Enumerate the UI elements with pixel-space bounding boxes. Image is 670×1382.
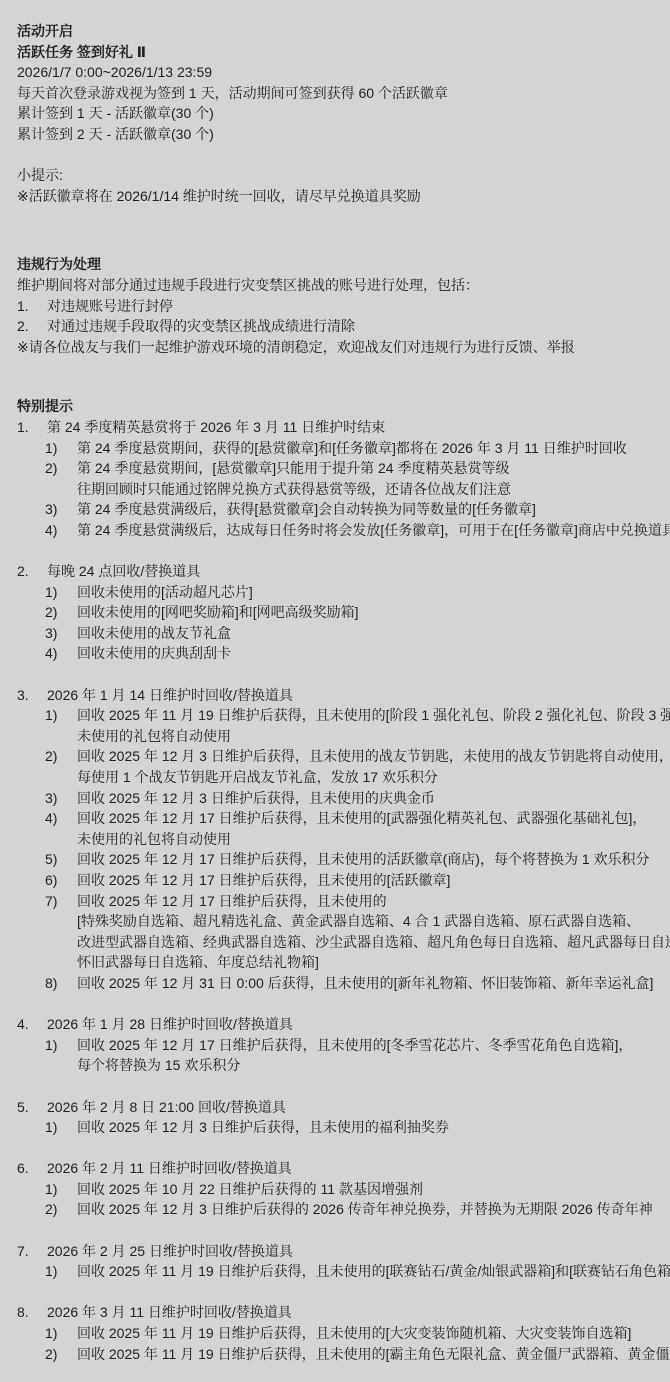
list-marker: 4): [45, 808, 77, 829]
activity-period: 2026/1/7 0:00~2026/1/13 23:59: [17, 62, 660, 83]
list-item-text: 回收 2025 年 12 月 17 日维护后获得，且未使用的[冬季雪花芯片、冬季…: [77, 1035, 632, 1056]
list-item: 4)回收未使用的庆典刮刮卡: [45, 643, 660, 664]
list-item-text: 回收未使用的庆典刮刮卡: [77, 643, 231, 664]
list-item-text: 回收 2025 年 11 月 19 日维护后获得，且未使用的[霸主角色无限礼盒、…: [77, 1344, 670, 1365]
list-item-text: 回收 2025 年 12 月 3 日维护后获得，且未使用的庆典金币: [77, 788, 435, 809]
violation-title: 违规行为处理: [17, 254, 660, 275]
blank-line: [17, 540, 660, 561]
list-item-text: 第 24 季度悬赏期间，[悬赏徽章]只能用于提升第 24 季度精英悬赏等级: [77, 458, 509, 479]
list-marker: 8.: [17, 1302, 47, 1323]
violation-intro: 维护期间将对部分通过违规手段进行灾变禁区挑战的账号进行处理，包括：: [17, 275, 660, 296]
list-item-text: 未使用的礼包将自动使用: [77, 829, 231, 850]
list-marker: 5.: [17, 1097, 47, 1118]
list-item: 2)回收未使用的[网吧奖励箱]和[网吧高级奖励箱]: [45, 602, 660, 623]
list-marker: 3): [45, 788, 77, 809]
blank-line: [17, 1282, 660, 1303]
blank-line: [17, 994, 660, 1015]
violation-note: ※请各位战友与我们一起维护游戏环境的清朗稳定，欢迎战友们对违规行为进行反馈、举报: [17, 337, 660, 358]
section-gap: [17, 357, 660, 396]
list-item: 2)回收 2025 年 12 月 3 日维护后获得的 2026 传奇年神兑换券，…: [45, 1199, 660, 1220]
list-item: 3)第 24 季度悬赏满级后，获得[悬赏徽章]会自动转换为同等数量的[任务徽章]: [45, 499, 660, 520]
list-item-text: 每晚 24 点回收/替换道具: [47, 561, 200, 582]
list-marker: 4): [45, 520, 77, 541]
special-section-heading: 5.2026 年 2 月 8 日 21:00 回收/替换道具: [17, 1097, 660, 1118]
list-marker: 1): [45, 582, 77, 603]
list-marker: 3): [45, 623, 77, 644]
list-item-text: 2026 年 2 月 11 日维护时回收/替换道具: [47, 1158, 292, 1179]
list-item-text: 第 24 季度精英悬赏将于 2026 年 3 月 11 日维护时结束: [47, 417, 385, 438]
tip-text: ※活跃徽章将在 2026/1/14 维护时统一回收，请尽早兑换道具奖励: [17, 186, 660, 207]
list-marker: 1): [45, 1035, 77, 1056]
list-item-continuation: 每个将替换为 15 欢乐积分: [77, 1055, 660, 1076]
special-section-heading: 2.每晚 24 点回收/替换道具: [17, 561, 660, 582]
reward-line: 累计签到 2 天 - 活跃徽章(30 个): [17, 124, 660, 145]
section-gap: [17, 206, 660, 254]
violation-list-item: 1.对违规账号进行封停: [17, 296, 660, 317]
reward-line: 累计签到 1 天 - 活跃徽章(30 个): [17, 103, 660, 124]
list-item-text: 回收 2025 年 12 月 17 日维护后获得，且未使用的[活跃徽章]: [77, 870, 450, 891]
list-item-text: 回收 2025 年 12 月 31 日 0:00 后获得，且未使用的[新年礼物箱…: [77, 973, 653, 994]
list-marker: 3): [45, 499, 77, 520]
list-marker: 2): [45, 602, 77, 623]
list-marker: 1.: [17, 296, 47, 317]
list-item-text: 往期回顾时只能通过铭牌兑换方式获得悬赏等级，还请各位战友们注意: [77, 479, 511, 500]
list-item: 1)回收 2025 年 11 月 19 日维护后获得，且未使用的[联赛钻石/黄金…: [45, 1261, 660, 1282]
special-section-heading: 7.2026 年 2 月 25 日维护时回收/替换道具: [17, 1241, 660, 1262]
list-item-text: 回收未使用的[网吧奖励箱]和[网吧高级奖励箱]: [77, 602, 359, 623]
list-item-text: 回收 2025 年 12 月 3 日维护后获得，且未使用的福利抽奖券: [77, 1117, 449, 1138]
list-item: 1)回收未使用的[活动超凡芯片]: [45, 582, 660, 603]
list-marker: 2.: [17, 316, 47, 337]
activity-section: 活动开启 活跃任务 签到好礼 Ⅱ 2026/1/7 0:00~2026/1/13…: [17, 21, 660, 206]
list-item-text: 回收 2025 年 12 月 17 日维护后获得，且未使用的活跃徽章(商店)，每…: [77, 849, 650, 870]
activity-title: 活动开启: [17, 21, 660, 42]
list-item-continuation: 往期回顾时只能通过铭牌兑换方式获得悬赏等级，还请各位战友们注意: [77, 479, 660, 500]
special-section-heading: 8.2026 年 3 月 11 日维护时回收/替换道具: [17, 1302, 660, 1323]
list-item-text: 回收 2025 年 11 月 19 日维护后获得，且未使用的[大灾变装饰随机箱、…: [77, 1323, 631, 1344]
special-section-heading: 6.2026 年 2 月 11 日维护时回收/替换道具: [17, 1158, 660, 1179]
list-marker: 2): [45, 1199, 77, 1220]
list-marker: 3.: [17, 685, 47, 706]
list-item-text: 2026 年 3 月 11 日维护时回收/替换道具: [47, 1302, 292, 1323]
list-marker: 1): [45, 705, 77, 726]
list-item-text: 回收 2025 年 11 月 19 日维护后获得，且未使用的[阶段 1 强化礼包…: [77, 705, 670, 726]
list-marker: 4): [45, 643, 77, 664]
list-item-text: 第 24 季度悬赏满级后，获得[悬赏徽章]会自动转换为同等数量的[任务徽章]: [77, 499, 536, 520]
list-item-text: 每使用 1 个战友节钥匙开启战友节礼盒，发放 17 欢乐积分: [77, 767, 438, 788]
blank-line: [17, 145, 660, 166]
list-marker: 6.: [17, 1158, 47, 1179]
special-title: 特别提示: [17, 396, 660, 417]
list-item-text: 回收 2025 年 12 月 17 日维护后获得，且未使用的: [77, 891, 387, 912]
list-item-text: 2026 年 2 月 25 日维护时回收/替换道具: [47, 1241, 293, 1262]
violation-items: 1.对违规账号进行封停2.对通过违规手段取得的灾变禁区挑战成绩进行清除: [17, 296, 660, 337]
list-item: 1)第 24 季度悬赏期间，获得的[悬赏徽章]和[任务徽章]都将在 2026 年…: [45, 438, 660, 459]
list-item: 1)回收 2025 年 12 月 17 日维护后获得，且未使用的[冬季雪花芯片、…: [45, 1035, 660, 1056]
list-marker: 2): [45, 1344, 77, 1365]
list-item-text: 回收未使用的[活动超凡芯片]: [77, 582, 253, 603]
list-marker: 1.: [17, 417, 47, 438]
list-item: 6)回收 2025 年 12 月 17 日维护后获得，且未使用的[活跃徽章]: [45, 870, 660, 891]
list-item: 8)回收 2025 年 12 月 31 日 0:00 后获得，且未使用的[新年礼…: [45, 973, 660, 994]
list-item-continuation: 怀旧武器每日自选箱、年度总结礼物箱]: [77, 952, 660, 973]
list-item-text: 对违规账号进行封停: [47, 296, 173, 317]
list-item-text: 改进型武器自选箱、经典武器自选箱、沙尘武器自选箱、超凡角色每日自选箱、超凡武器每…: [77, 932, 670, 953]
special-section-heading: 3.2026 年 1 月 14 日维护时回收/替换道具: [17, 685, 660, 706]
list-item: 3)回收未使用的战友节礼盒: [45, 623, 660, 644]
list-marker: 2.: [17, 561, 47, 582]
special-section: 特别提示 1.第 24 季度精英悬赏将于 2026 年 3 月 11 日维护时结…: [17, 396, 660, 1364]
list-item-text: 2026 年 1 月 28 日维护时回收/替换道具: [47, 1014, 293, 1035]
activity-desc: 每天首次登录游戏视为签到 1 天，活动期间可签到获得 60 个活跃徽章: [17, 83, 660, 104]
list-item: 2)回收 2025 年 12 月 3 日维护后获得，且未使用的战友节钥匙，未使用…: [45, 746, 660, 767]
violation-list-item: 2.对通过违规手段取得的灾变禁区挑战成绩进行清除: [17, 316, 660, 337]
special-section-heading: 4.2026 年 1 月 28 日维护时回收/替换道具: [17, 1014, 660, 1035]
activity-subtitle: 活跃任务 签到好礼 Ⅱ: [17, 42, 660, 63]
special-sections: 1.第 24 季度精英悬赏将于 2026 年 3 月 11 日维护时结束1)第 …: [17, 417, 660, 1364]
list-item: 2)回收 2025 年 11 月 19 日维护后获得，且未使用的[霸主角色无限礼…: [45, 1344, 660, 1365]
list-marker: 1): [45, 438, 77, 459]
list-item-text: 怀旧武器每日自选箱、年度总结礼物箱]: [77, 952, 319, 973]
list-item-text: 第 24 季度悬赏满级后，达成每日任务时将会发放[任务徽章]，可用于在[任务徽章…: [77, 520, 670, 541]
list-item-text: 第 24 季度悬赏期间，获得的[悬赏徽章]和[任务徽章]都将在 2026 年 3…: [77, 438, 627, 459]
list-item-text: 回收 2025 年 11 月 19 日维护后获得，且未使用的[联赛钻石/黄金/灿…: [77, 1261, 670, 1282]
special-section-heading: 1.第 24 季度精英悬赏将于 2026 年 3 月 11 日维护时结束: [17, 417, 660, 438]
activity-rewards: 累计签到 1 天 - 活跃徽章(30 个)累计签到 2 天 - 活跃徽章(30 …: [17, 103, 660, 144]
list-marker: 2): [45, 746, 77, 767]
list-item-continuation: 未使用的礼包将自动使用: [77, 726, 660, 747]
list-marker: 2): [45, 458, 77, 479]
blank-line: [17, 1138, 660, 1159]
list-item-continuation: 每使用 1 个战友节钥匙开启战友节礼盒，发放 17 欢乐积分: [77, 767, 660, 788]
list-item-text: [特殊奖励自选箱、超凡精选礼盒、黄金武器自选箱、4 合 1 武器自选箱、原石武器…: [77, 911, 640, 932]
list-marker: 1): [45, 1261, 77, 1282]
list-marker: 1): [45, 1323, 77, 1344]
list-item-text: 未使用的礼包将自动使用: [77, 726, 231, 747]
list-item: 4)第 24 季度悬赏满级后，达成每日任务时将会发放[任务徽章]，可用于在[任务…: [45, 520, 660, 541]
violation-section: 违规行为处理 维护期间将对部分通过违规手段进行灾变禁区挑战的账号进行处理，包括：…: [17, 254, 660, 357]
list-marker: 7.: [17, 1241, 47, 1262]
list-item: 2)第 24 季度悬赏期间，[悬赏徽章]只能用于提升第 24 季度精英悬赏等级: [45, 458, 660, 479]
list-item: 1)回收 2025 年 12 月 3 日维护后获得，且未使用的福利抽奖券: [45, 1117, 660, 1138]
list-item: 1)回收 2025 年 11 月 19 日维护后获得，且未使用的[阶段 1 强化…: [45, 705, 660, 726]
list-item-text: 回收 2025 年 12 月 17 日维护后获得，且未使用的[武器强化精英礼包、…: [77, 808, 646, 829]
list-marker: 1): [45, 1179, 77, 1200]
list-marker: 6): [45, 870, 77, 891]
list-item: 5)回收 2025 年 12 月 17 日维护后获得，且未使用的活跃徽章(商店)…: [45, 849, 660, 870]
list-marker: 7): [45, 891, 77, 912]
blank-line: [17, 664, 660, 685]
list-item-text: 回收 2025 年 10 月 22 日维护后获得的 11 款基因增强剂: [77, 1179, 423, 1200]
list-marker: 4.: [17, 1014, 47, 1035]
list-item-text: 每个将替换为 15 欢乐积分: [77, 1055, 240, 1076]
list-item: 3)回收 2025 年 12 月 3 日维护后获得，且未使用的庆典金币: [45, 788, 660, 809]
list-item: 4)回收 2025 年 12 月 17 日维护后获得，且未使用的[武器强化精英礼…: [45, 808, 660, 829]
list-item-continuation: 改进型武器自选箱、经典武器自选箱、沙尘武器自选箱、超凡角色每日自选箱、超凡武器每…: [77, 932, 660, 953]
list-item-text: 回收 2025 年 12 月 3 日维护后获得的 2026 传奇年神兑换券，并替…: [77, 1199, 653, 1220]
list-item: 1)回收 2025 年 11 月 19 日维护后获得，且未使用的[大灾变装饰随机…: [45, 1323, 660, 1344]
blank-line: [17, 1220, 660, 1241]
list-item-text: 回收未使用的战友节礼盒: [77, 623, 231, 644]
list-item-continuation: [特殊奖励自选箱、超凡精选礼盒、黄金武器自选箱、4 合 1 武器自选箱、原石武器…: [77, 911, 660, 932]
list-item-text: 2026 年 2 月 8 日 21:00 回收/替换道具: [47, 1097, 286, 1118]
list-item: 1)回收 2025 年 10 月 22 日维护后获得的 11 款基因增强剂: [45, 1179, 660, 1200]
list-marker: 5): [45, 849, 77, 870]
list-marker: 1): [45, 1117, 77, 1138]
list-item-continuation: 未使用的礼包将自动使用: [77, 829, 660, 850]
tip-label: 小提示:: [17, 165, 660, 186]
announcement-document: 活动开启 活跃任务 签到好礼 Ⅱ 2026/1/7 0:00~2026/1/13…: [0, 0, 670, 1364]
list-item: 7)回收 2025 年 12 月 17 日维护后获得，且未使用的: [45, 891, 660, 912]
list-item-text: 对通过违规手段取得的灾变禁区挑战成绩进行清除: [47, 316, 355, 337]
list-item-text: 回收 2025 年 12 月 3 日维护后获得，且未使用的战友节钥匙，未使用的战…: [77, 746, 670, 767]
list-marker: 8): [45, 973, 77, 994]
blank-line: [17, 1076, 660, 1097]
list-item-text: 2026 年 1 月 14 日维护时回收/替换道具: [47, 685, 293, 706]
